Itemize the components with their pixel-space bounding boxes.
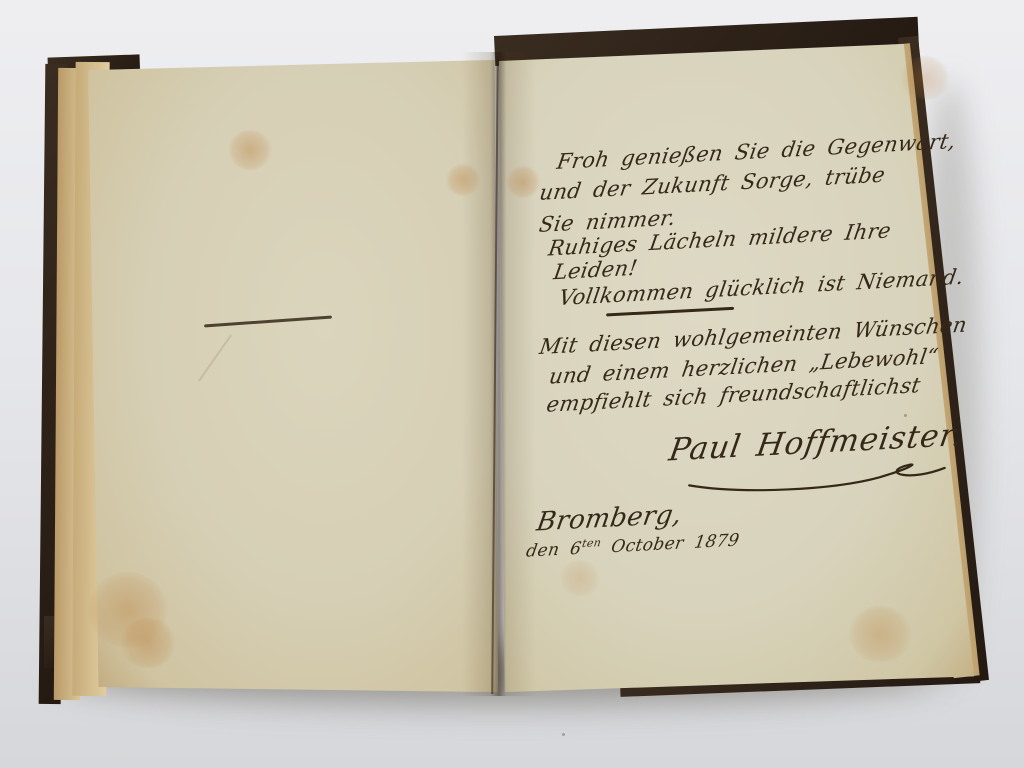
photograph-of-open-book: Froh genießen Sie die Gegenwart, und der…	[0, 0, 1024, 768]
foxing-spot	[848, 606, 912, 662]
foxing-spot	[228, 130, 272, 170]
date-prefix: den 6	[525, 539, 583, 562]
dust-speck	[562, 733, 565, 736]
ink-divider-rule	[606, 307, 734, 317]
date-rest: October 1879	[599, 530, 741, 557]
verse-line: Leiden!	[552, 256, 639, 285]
handwritten-entry: Froh genießen Sie die Gegenwart, und der…	[515, 119, 979, 611]
foxing-spot	[120, 618, 176, 668]
foxing-spot	[446, 164, 480, 196]
foxing-spot	[900, 56, 950, 100]
